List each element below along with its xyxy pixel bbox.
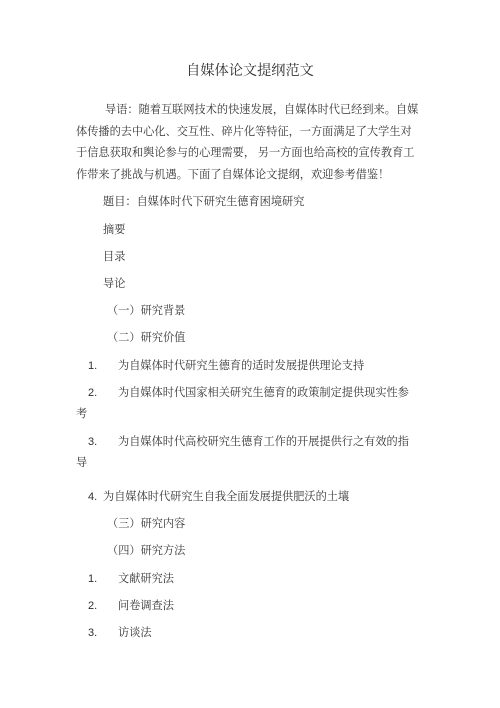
item-text: 访谈法 xyxy=(118,627,152,639)
section-introduction: 导论 xyxy=(76,274,500,296)
value-item-3-continuation: 导 xyxy=(76,453,500,475)
topic-line: 题目：自媒体时代下研究生德育困境研究 xyxy=(76,192,500,214)
document-body: 导语：随着互联网技术的快速发展，自媒体时代已经到来。自媒 体传播的去中心化、交互… xyxy=(76,100,500,645)
item-text: 为自媒体时代高校研究生德育工作的开展提供行之有效的指 xyxy=(118,436,409,448)
item-number: 2. xyxy=(88,596,118,618)
section-toc: 目录 xyxy=(76,247,500,269)
value-item-2: 2.为自媒体时代国家相关研究生德育的政策制定提供现实性参 xyxy=(76,383,500,405)
value-item-2-continuation: 考 xyxy=(76,404,500,426)
item-number: 3. xyxy=(88,432,118,454)
value-item-1: 1.为自媒体时代研究生德育的适时发展提供理论支持 xyxy=(76,356,500,378)
item-number: 3. xyxy=(88,623,118,645)
method-item-1: 1.文献研究法 xyxy=(76,569,500,591)
heading-research-method: （四）研究方法 xyxy=(76,541,500,563)
intro-line-2: 体传播的去中心化、交互性、碎片化等特征，一方面满足了大学生对 xyxy=(76,122,500,144)
method-item-3: 3.访谈法 xyxy=(76,623,500,645)
item-text: 为自媒体时代国家相关研究生德育的政策制定提供现实性参 xyxy=(118,387,409,399)
item-number: 1. xyxy=(88,569,118,591)
intro-line-3: 于信息获取和舆论参与的心理需要， 另一方面也给高校的宣传教育工 xyxy=(76,143,500,165)
heading-research-content: （三）研究内容 xyxy=(76,514,500,536)
intro-line-1: 导语：随着互联网技术的快速发展，自媒体时代已经到来。自媒 xyxy=(76,100,500,122)
item-text: 文献研究法 xyxy=(118,573,174,585)
item-number: 2. xyxy=(88,383,118,405)
item-text: 问卷调查法 xyxy=(118,600,174,612)
section-abstract: 摘要 xyxy=(76,220,500,242)
heading-research-background: （一）研究背景 xyxy=(76,301,500,323)
document-title: 自媒体论文提纲范文 xyxy=(0,0,500,81)
item-text: 为自媒体时代研究生德育的适时发展提供理论支持 xyxy=(118,360,364,372)
value-item-4: 4.为自媒体时代研究生自我全面发展提供肥沃的土壤 xyxy=(76,487,500,509)
document-page: 自媒体论文提纲范文 导语：随着互联网技术的快速发展，自媒体时代已经到来。自媒 体… xyxy=(0,0,500,708)
item-number: 4. xyxy=(88,487,103,509)
intro-line-4: 作带来了挑战与机遇。下面了自媒体论文提纲，欢迎参考借鉴！ xyxy=(76,165,500,187)
value-item-3: 3.为自媒体时代高校研究生德育工作的开展提供行之有效的指 xyxy=(76,432,500,454)
item-text: 为自媒体时代研究生自我全面发展提供肥沃的土壤 xyxy=(103,491,349,503)
heading-research-value: （二）研究价值 xyxy=(76,328,500,350)
item-number: 1. xyxy=(88,356,118,378)
method-item-2: 2.问卷调查法 xyxy=(76,596,500,618)
